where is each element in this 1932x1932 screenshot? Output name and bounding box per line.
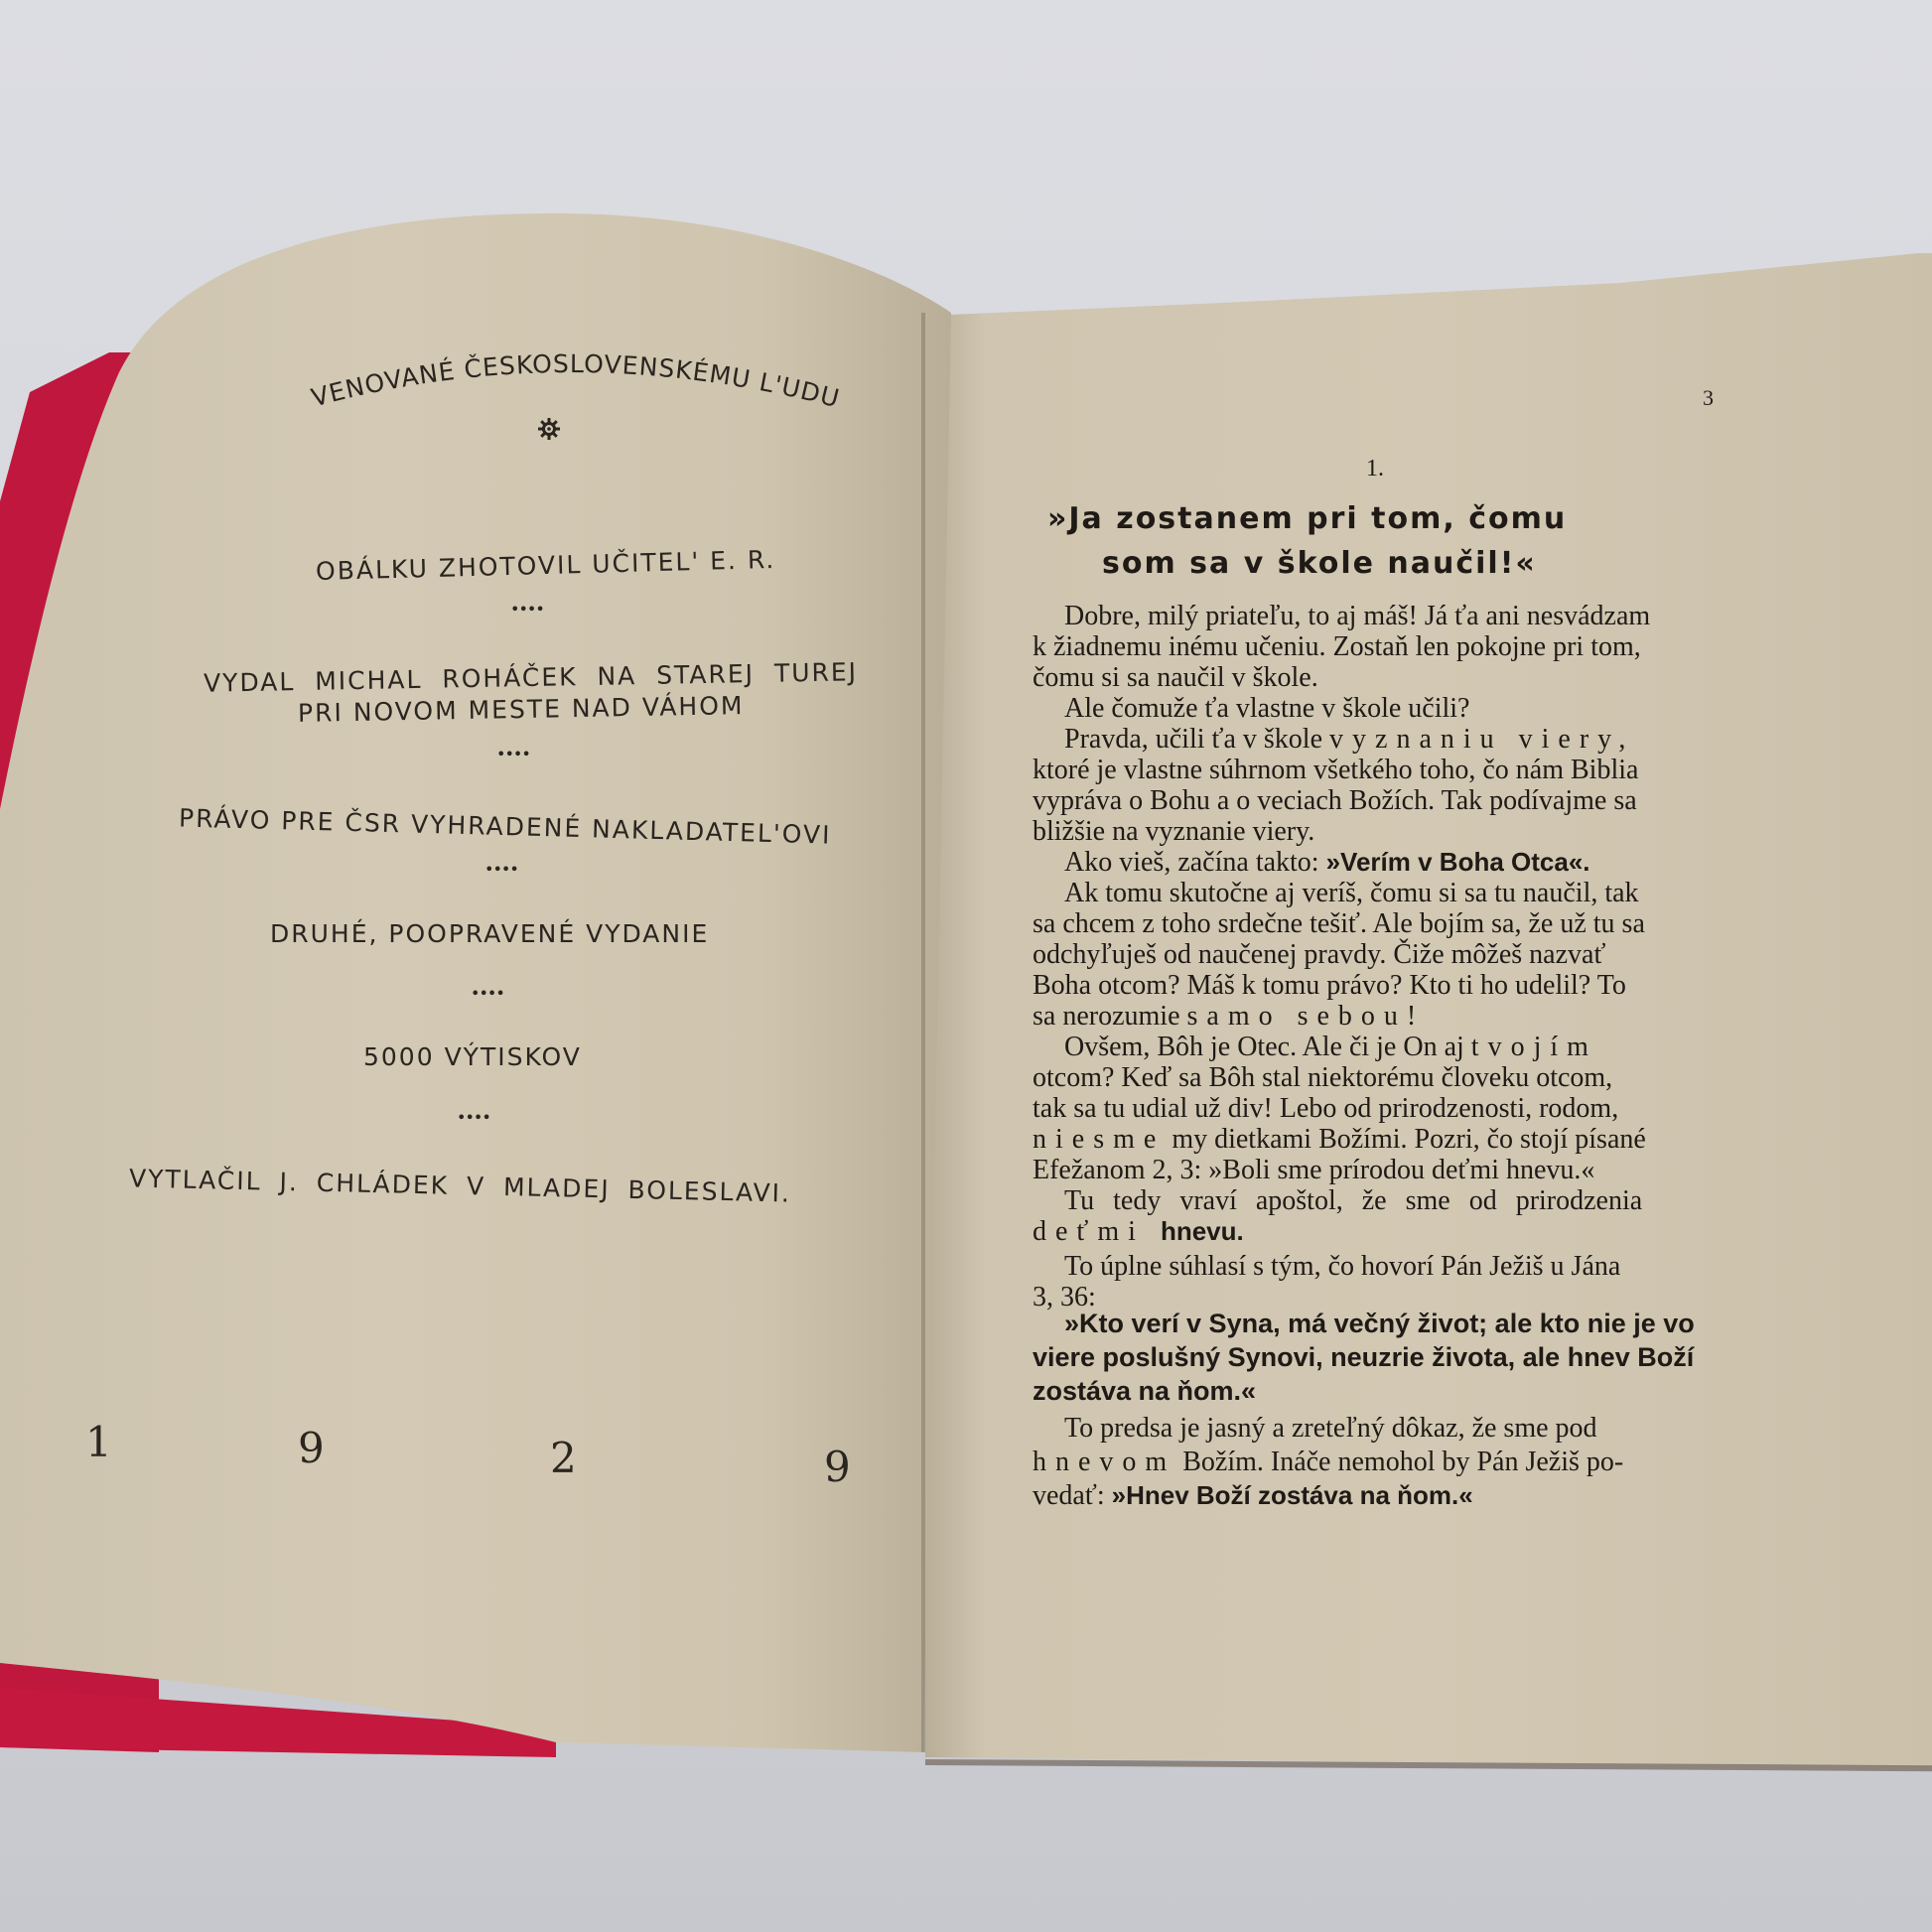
body-line: Dobre, milý priateľu, to aj máš! Já ťa a… — [1064, 601, 1650, 631]
bold-quote-line: »Kto verí v Syna, má večný život; ale kt… — [1064, 1309, 1695, 1339]
spaced-emphasis: hnevom — [1033, 1447, 1175, 1477]
book-spine — [921, 313, 925, 1752]
body-line: Ako vieš, začína takto: »Verím v Boha Ot… — [1064, 847, 1590, 878]
body-line: sa chcem z toho srdečne tešiť. Ale bojím… — [1033, 908, 1645, 939]
body-line: sa nerozumie samo sebou! — [1033, 1001, 1425, 1032]
body-line: niesme my dietkami Božími. Pozri, čo sto… — [1033, 1124, 1646, 1155]
body-line: Ovšem, Bôh je Otec. Ale či je On aj tvoj… — [1064, 1032, 1597, 1062]
spaced-emphasis: samo sebou! — [1187, 1001, 1426, 1032]
body-line: Pravda, učili ťa v škole vyznaniu viery, — [1064, 724, 1634, 755]
body-text: Ako vieš, začína takto: — [1064, 847, 1326, 878]
chapter-number: 1. — [1366, 454, 1384, 484]
body-line: ktoré je vlastne súhrnom všetkého toho, … — [1033, 755, 1638, 785]
separator-dots: •••• — [471, 984, 504, 1003]
year-digit: 1 — [85, 1418, 112, 1466]
body-line: čomu si sa naučil v škole. — [1033, 662, 1318, 693]
spaced-emphasis: deťmi — [1033, 1216, 1161, 1247]
body-line: Ale čomuže ťa vlastne v škole učili? — [1064, 693, 1470, 724]
body-line: Boha otcom? Máš k tomu právo? Kto ti ho … — [1033, 970, 1626, 1001]
body-line: k žiadnemu inému učeniu. Zostaň len poko… — [1033, 631, 1641, 662]
body-line: To predsa je jasný a zreteľný dôkaz, že … — [1064, 1413, 1597, 1444]
bold-quote: »Verím v Boha Otca«. — [1326, 847, 1590, 877]
chapter-heading-line-2: som sa v škole naučil!« — [1102, 546, 1537, 581]
chapter-heading-line-1: »Ja zostanem pri tom, čomu — [1047, 501, 1567, 536]
body-line: hnevom Božím. Ináče nemohol by Pán Ježiš… — [1033, 1447, 1623, 1477]
year-digit: 9 — [824, 1443, 851, 1491]
body-line: bližšie na vyznanie viery. — [1033, 816, 1314, 847]
bold-word: hnevu. — [1161, 1216, 1244, 1246]
body-line: Efežanom 2, 3: »Boli sme prírodou deťmi … — [1033, 1155, 1594, 1185]
body-line: tak sa tu udial už div! Lebo od prirodze… — [1033, 1093, 1618, 1124]
body-text: Božím. Ináče nemohol by Pán Ježiš po- — [1175, 1447, 1623, 1477]
body-text: vedať: — [1033, 1480, 1112, 1511]
edition-text: DRUHÉ, POOPRAVENÉ VYDANIE — [270, 919, 709, 948]
year-digit: 2 — [550, 1434, 577, 1482]
bold-quote-line: viere poslušný Synovi, neuzrie života, a… — [1033, 1342, 1694, 1373]
print-run-text: 5000 VÝTISKOV — [363, 1042, 582, 1071]
body-text: Pravda, učili ťa v škole — [1064, 724, 1322, 755]
separator-dots: •••• — [457, 1108, 490, 1127]
bold-quote: »Hnev Boží zostáva na ňom.« — [1112, 1480, 1473, 1510]
flower-ornament-icon — [538, 418, 560, 440]
body-text: Ovšem, Bôh je Otec. Ale či je On aj — [1064, 1032, 1471, 1062]
separator-dots: •••• — [496, 745, 530, 763]
spaced-emphasis: vyznaniu viery, — [1329, 724, 1634, 755]
body-line: vedať: »Hnev Boží zostáva na ňom.« — [1033, 1480, 1473, 1511]
page-number: 3 — [1703, 382, 1714, 413]
separator-dots: •••• — [484, 860, 518, 879]
body-text: my dietkami Božími. Pozri, čo stojí písa… — [1165, 1124, 1646, 1155]
body-line: vypráva o Bohu a o veciach Božích. Tak p… — [1033, 785, 1637, 816]
separator-dots: •••• — [510, 600, 544, 619]
svg-text:VENOVANÉ ČESKOSLOVENSKÉMU L'UD: VENOVANÉ ČESKOSLOVENSKÉMU L'UDU — [309, 349, 843, 413]
body-line: odchyľuješ od naučenej pravdy. Čiže môže… — [1033, 939, 1605, 970]
body-text: sa nerozumie — [1033, 1001, 1187, 1032]
dedication-arc: VENOVANÉ ČESKOSLOVENSKÉMU L'UDU — [228, 328, 923, 447]
bold-quote-line: zostáva na ňom.« — [1033, 1376, 1256, 1407]
year-digit: 9 — [298, 1424, 325, 1472]
body-line: otcom? Keď sa Bôh stal niektorému človek… — [1033, 1062, 1612, 1093]
spaced-emphasis: niesme — [1033, 1124, 1165, 1155]
body-line: Ak tomu skutočne aj veríš, čomu si sa tu… — [1064, 878, 1639, 908]
body-line: deťmi hnevu. — [1033, 1216, 1244, 1247]
body-line: Tu tedy vraví apoštol, že sme od prirodz… — [1064, 1185, 1642, 1216]
spaced-emphasis: tvojím — [1471, 1032, 1597, 1062]
dedication-text: VENOVANÉ ČESKOSLOVENSKÉMU L'UDU — [309, 349, 843, 413]
body-line: To úplne súhlasí s tým, čo hovorí Pán Je… — [1064, 1251, 1620, 1282]
